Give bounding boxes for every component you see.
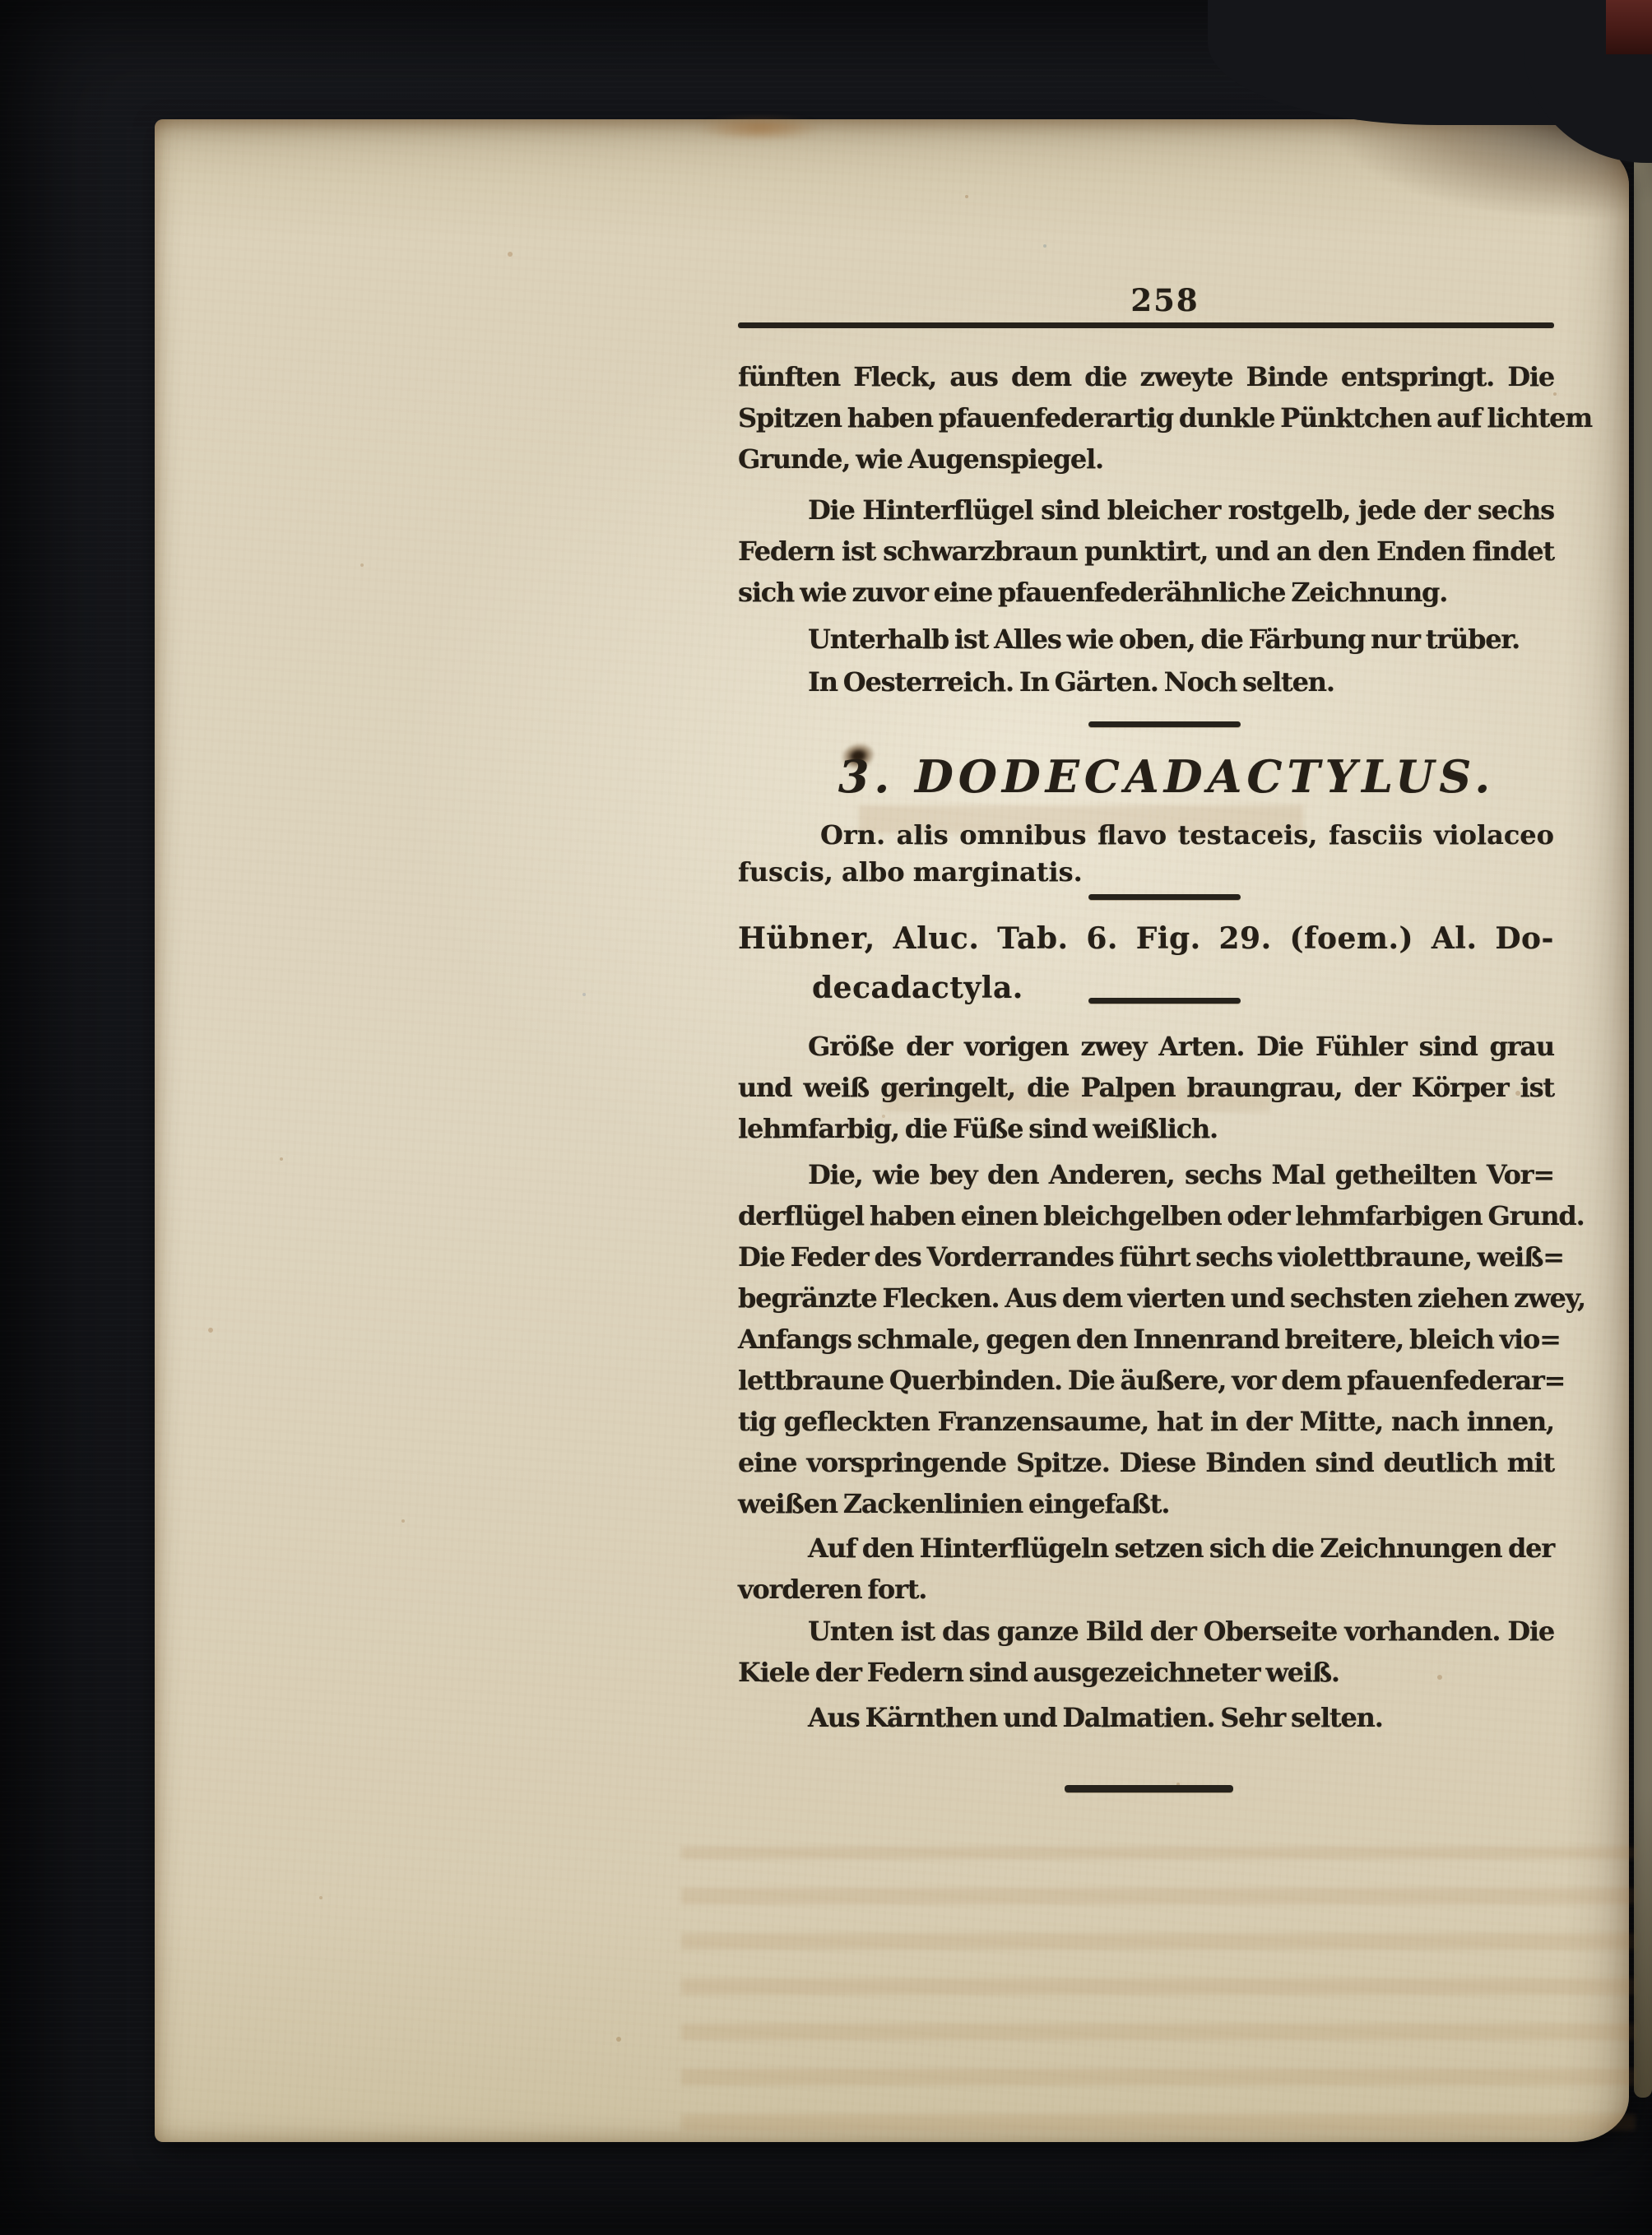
following-pages-edge: [1634, 39, 1652, 2098]
text-line: Hübner, Aluc. Tab. 6. Fig. 29. (foem.) A…: [738, 921, 1554, 956]
bleedthrough-ghost: [681, 1847, 1636, 2131]
text-line: Unterhalb ist Alles wie oben, die Färbun…: [738, 619, 1554, 660]
section-rule: [1088, 998, 1241, 1004]
text-line: Grunde, wie Augenspiegel.: [738, 438, 1554, 480]
text-line: derflügel haben einen bleichgelben oder …: [738, 1195, 1554, 1236]
text-line: Größe der vorigen zwey Arten. Die Fühler…: [738, 1026, 1554, 1067]
text-line: Die Hinterflügel sind bleicher rostgelb,…: [738, 489, 1554, 531]
text-line: Auf den Hinterflügeln setzen sich die Ze…: [738, 1528, 1554, 1569]
text-line: Aus Kärnthen und Dalmatien. Sehr selten.: [738, 1697, 1554, 1738]
text-line: Spitzen haben pfauenfederartig dunkle Pü…: [738, 397, 1554, 438]
text-line: In Oesterreich. In Gärten. Noch selten.: [738, 661, 1554, 702]
text-line: fünften Fleck, aus dem die zweyte Binde …: [738, 356, 1554, 397]
body-text: fünften Fleck, aus dem die zweyte Binde …: [738, 356, 1554, 1792]
text-line: tig gefleckten Franzensaume, hat in der …: [738, 1401, 1554, 1442]
latin-diagnosis: Orn. alis omnibus flavo testaceis, fasci…: [738, 817, 1554, 891]
text-line: weißen Zackenlinien eingefaßt.: [738, 1483, 1554, 1524]
page-number-rule: [738, 322, 1554, 328]
red-fore-edge: [1606, 0, 1652, 54]
text-line: Unten ist das ganze Bild der Oberseite v…: [738, 1611, 1554, 1652]
paragraph: In Oesterreich. In Gärten. Noch selten.: [738, 661, 1554, 702]
paragraph: Auf den Hinterflügeln setzen sich die Ze…: [738, 1528, 1554, 1610]
paper-specks: [155, 119, 158, 123]
text-line: sich wie zuvor eine pfauenfederähnliche …: [738, 572, 1554, 613]
section-rule: [1088, 721, 1241, 727]
book-scan: 258 fünften Fleck, aus dem die zweyte Bi…: [0, 0, 1652, 2235]
text-line: und weiß geringelt, die Palpen braungrau…: [738, 1067, 1554, 1108]
text-line: Anfangs schmale, gegen den Innenrand bre…: [738, 1319, 1554, 1360]
book-page: 258 fünften Fleck, aus dem die zweyte Bi…: [155, 119, 1629, 2142]
text-line: fuscis, albo marginatis.: [738, 854, 1554, 891]
text-column: 258 fünften Fleck, aus dem die zweyte Bi…: [738, 282, 1554, 1792]
text-line: vorderen fort.: [738, 1569, 1554, 1610]
paragraph: Größe der vorigen zwey Arten. Die Fühler…: [738, 1026, 1554, 1149]
text-line: eine vorspringende Spitze. Diese Binden …: [738, 1442, 1554, 1483]
text-line: begränzte Flecken. Aus dem vierten und s…: [738, 1277, 1554, 1319]
text-line: Federn ist schwarzbraun punktirt, und an…: [738, 531, 1554, 572]
text-line: Kiele der Federn sind ausgezeichneter we…: [738, 1652, 1554, 1693]
paragraph: Die Hinterflügel sind bleicher rostgelb,…: [738, 489, 1554, 613]
paragraph: Aus Kärnthen und Dalmatien. Sehr selten.: [738, 1697, 1554, 1738]
page-header: 258: [738, 282, 1554, 328]
text-line: lehmfarbig, die Füße sind weißlich.: [738, 1108, 1554, 1149]
paragraph: Unterhalb ist Alles wie oben, die Färbun…: [738, 619, 1554, 660]
text-line: Die, wie bey den Anderen, sechs Mal geth…: [738, 1154, 1554, 1195]
text-line: Die Feder des Vorderrandes führt sechs v…: [738, 1236, 1554, 1277]
paragraph: fünften Fleck, aus dem die zweyte Binde …: [738, 356, 1554, 480]
paragraph: Die, wie bey den Anderen, sechs Mal geth…: [738, 1154, 1554, 1524]
text-line: Orn. alis omnibus flavo testaceis, fasci…: [738, 817, 1554, 854]
citation: Hübner, Aluc. Tab. 6. Fig. 29. (foem.) A…: [738, 921, 1554, 1005]
text-line: lettbraune Querbinden. Die äußere, vor d…: [738, 1360, 1554, 1401]
species-heading: 3. DODECADACTYLUS.: [759, 751, 1575, 802]
paper-stain: [698, 116, 821, 141]
end-rule: [1065, 1785, 1233, 1792]
paragraph: Unten ist das ganze Bild der Oberseite v…: [738, 1611, 1554, 1693]
section-rule: [1088, 894, 1241, 900]
page-number: 258: [1095, 282, 1235, 318]
